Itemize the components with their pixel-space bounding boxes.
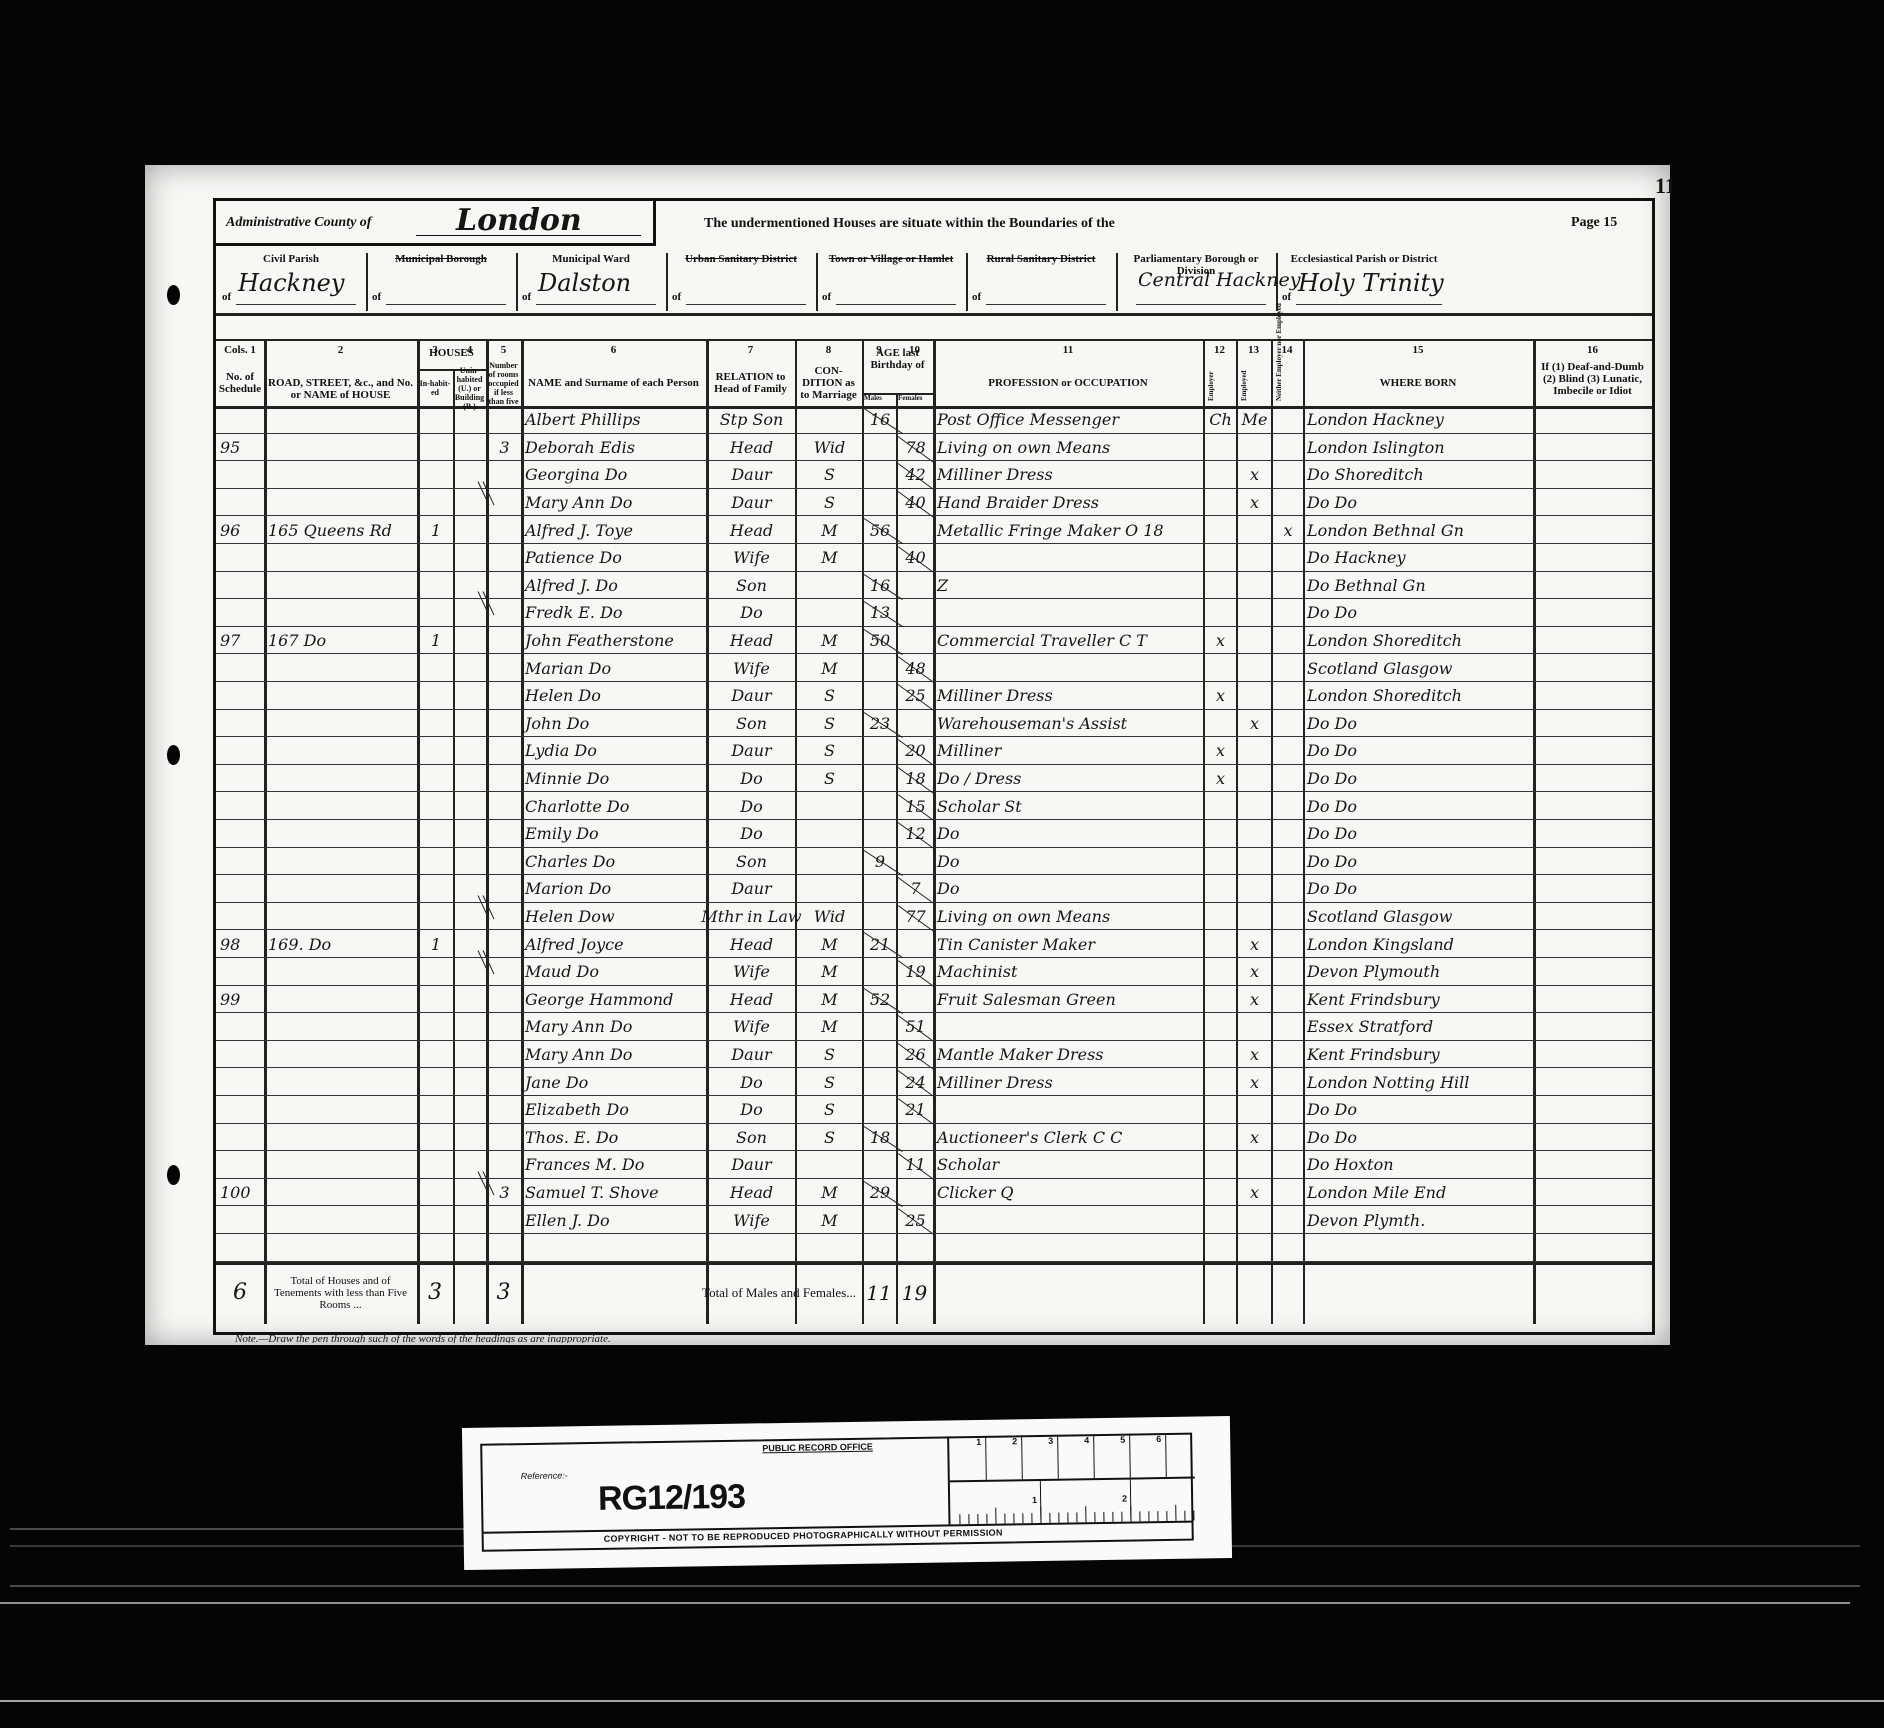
person-name: Frances M. Do: [525, 1151, 704, 1179]
where-born: London Shoreditch: [1307, 682, 1531, 710]
occupation: Clicker Q: [937, 1179, 1201, 1207]
boundary-prefix: of: [822, 291, 831, 303]
scan-streak: [0, 1602, 1850, 1604]
scale-tick: [1148, 1511, 1149, 1521]
marital-condition: S: [799, 1124, 860, 1152]
relation: Do: [710, 599, 793, 627]
employed-mark: x: [1240, 986, 1269, 1014]
table-row: Frances M. DoDaur11ScholarDo Hoxton: [216, 1151, 1652, 1179]
column-number: 11: [933, 341, 1203, 359]
employed-mark: x: [1240, 958, 1269, 986]
scale-tick: [1094, 1512, 1095, 1522]
admin-county-box: Administrative County of London: [216, 201, 656, 246]
scale-tick: [959, 1514, 960, 1524]
relation: Daur: [710, 875, 793, 903]
reference-number: RG12/193: [598, 1478, 746, 1519]
scale-tick: [1031, 1513, 1032, 1523]
where-born: Do Do: [1307, 848, 1531, 876]
reference-card-frame: PUBLIC RECORD OFFICE Reference:- RG12/19…: [480, 1433, 1194, 1552]
marital-condition: M: [799, 654, 860, 682]
relation: Head: [710, 627, 793, 655]
scale-tick: [1112, 1512, 1113, 1522]
person-name: Alfred J. Do: [525, 572, 704, 600]
where-born: Do Bethnal Gn: [1307, 572, 1531, 600]
marital-condition: S: [799, 765, 860, 793]
occupation: Post Office Messenger: [937, 406, 1201, 434]
marital-condition: M: [799, 986, 860, 1014]
where-born: Scotland Glasgow: [1307, 654, 1531, 682]
occupation: Commercial Traveller C T: [937, 627, 1201, 655]
admin-county-value: London: [456, 203, 582, 238]
person-name: Emily Do: [525, 820, 704, 848]
boundary-value: Holy Trinity: [1298, 269, 1444, 297]
column-header-c8: CON-DITION as to Marriage: [797, 361, 860, 405]
inhabited-count: 1: [421, 930, 451, 958]
column-header-c7: RELATION to Head of Family: [708, 361, 793, 405]
scale-tick: [1049, 1513, 1050, 1523]
marital-condition: M: [799, 930, 860, 958]
column-number: 5: [486, 341, 521, 359]
total-persons-label: Total of Males and Females...: [521, 1262, 856, 1324]
table-row: 96165 Queens Rd1Alfred J. ToyeHeadM56Met…: [216, 516, 1652, 544]
schedule-number: 97: [220, 627, 262, 655]
boundary-value: Hackney: [238, 269, 344, 297]
scale-label: 3: [1048, 1436, 1053, 1446]
column-number: 7: [706, 341, 795, 359]
column-header-c11: PROFESSION or OCCUPATION: [935, 361, 1201, 405]
occupation: Do: [937, 875, 1201, 903]
relation: Head: [710, 516, 793, 544]
table-row: John DoSonS23Warehouseman's AssistxDo Do: [216, 710, 1652, 738]
where-born: Do Do: [1307, 737, 1531, 765]
where-born: Do Do: [1307, 1096, 1531, 1124]
person-name: Patience Do: [525, 544, 704, 572]
employer-mark: x: [1207, 765, 1234, 793]
scale-tick: [1067, 1513, 1068, 1523]
scale-tick: [1121, 1512, 1122, 1522]
person-name: Mary Ann Do: [525, 1041, 704, 1069]
relation: Head: [710, 986, 793, 1014]
employed-mark: x: [1240, 1068, 1269, 1096]
marital-condition: S: [799, 1096, 860, 1124]
person-name: Charlotte Do: [525, 792, 704, 820]
table-row: Alfred J. DoSon16ZDo Bethnal Gn: [216, 572, 1652, 600]
where-born: Kent Frindsbury: [1307, 1041, 1531, 1069]
where-born: Do Do: [1307, 765, 1531, 793]
boundary-underline: [986, 304, 1106, 305]
table-row: 98169. Do1Alfred JoyceHeadM21Tin Caniste…: [216, 930, 1652, 958]
occupation: Living on own Means: [937, 903, 1201, 931]
address: 165 Queens Rd: [268, 516, 415, 544]
column-number: 2: [264, 341, 417, 359]
boundary-underline: [686, 304, 806, 305]
binding-hole: [167, 745, 180, 765]
schedule-number: 98: [220, 930, 262, 958]
schedule-number: 100: [220, 1179, 262, 1207]
where-born: Do Do: [1307, 820, 1531, 848]
relation: Daur: [710, 1041, 793, 1069]
column-header-c14: Neither Employer nor Employed: [1275, 361, 1283, 401]
scale-bottom-ruler: 12: [950, 1479, 1196, 1525]
neither-mark: x: [1275, 516, 1301, 544]
male-age: 56: [866, 516, 894, 544]
scale-tick: [977, 1514, 978, 1524]
relation: Daur: [710, 489, 793, 517]
marital-condition: S: [799, 1068, 860, 1096]
marital-condition: S: [799, 461, 860, 489]
column-number: 8: [795, 341, 862, 359]
scale-tick: [1022, 1513, 1023, 1523]
relation: Do: [710, 792, 793, 820]
column-header-houses: HOUSES: [417, 347, 486, 359]
where-born: London Notting Hill: [1307, 1068, 1531, 1096]
boundary-underline: [386, 304, 506, 305]
scale-tick: [1076, 1512, 1077, 1522]
scale-tick: [1193, 1511, 1194, 1521]
employed-mark: x: [1240, 489, 1269, 517]
boundary-heading: Urban Sanitary District: [666, 253, 816, 265]
person-name: Alfred Joyce: [525, 930, 704, 958]
schedule-number: 95: [220, 434, 262, 462]
page-label: Page 15: [1571, 215, 1617, 231]
employer-mark: x: [1207, 682, 1234, 710]
relation: Daur: [710, 737, 793, 765]
occupation: Tin Canister Maker: [937, 930, 1201, 958]
person-name: Lydia Do: [525, 737, 704, 765]
employed-mark: x: [1240, 461, 1269, 489]
schedule-number: 96: [220, 516, 262, 544]
boundary-heading: Municipal Ward: [516, 253, 666, 265]
marital-condition: M: [799, 1206, 860, 1234]
employer-mark: Ch: [1207, 406, 1234, 434]
column-header-c15: WHERE BORN: [1305, 361, 1531, 405]
column-header-c9: Males: [864, 394, 882, 402]
employed-mark: x: [1240, 930, 1269, 958]
table-row: 99George HammondHeadM52Fruit Salesman Gr…: [216, 986, 1652, 1014]
marital-condition: M: [799, 958, 860, 986]
census-sheet: Administrative County of London The unde…: [213, 198, 1655, 1335]
scale-tick: [1103, 1512, 1104, 1522]
occupation: Warehouseman's Assist: [937, 710, 1201, 738]
column-header-c1: No. of Schedule: [218, 363, 262, 403]
where-born: Do Shoreditch: [1307, 461, 1531, 489]
where-born: Do Hackney: [1307, 544, 1531, 572]
scale-label: 1: [1032, 1495, 1037, 1505]
census-page: 11 Administrative County of London The u…: [145, 165, 1670, 1345]
where-born: Do Do: [1307, 710, 1531, 738]
intro-text: The undermentioned Houses are situate wi…: [704, 216, 1115, 232]
scale-tick: [1166, 1511, 1167, 1521]
employed-mark: x: [1240, 1124, 1269, 1152]
occupation: Z: [937, 572, 1201, 600]
column-header-c3: In-habit-ed: [419, 371, 451, 405]
column-number: Cols. 1: [216, 341, 264, 359]
table-row: Helen DoDaurS25Milliner DressxLondon Sho…: [216, 682, 1652, 710]
person-name: Mary Ann Do: [525, 1013, 704, 1041]
scale-tick: [1157, 1511, 1158, 1521]
inhabited-count: 1: [421, 516, 451, 544]
scale-label: 4: [1084, 1435, 1089, 1445]
scale-tick: [1139, 1511, 1140, 1521]
person-name: Marian Do: [525, 654, 704, 682]
relation: Daur: [710, 461, 793, 489]
schedule-number: 99: [220, 986, 262, 1014]
binding-hole: [167, 1165, 180, 1185]
boundary-heading: Rural Sanitary District: [966, 253, 1116, 265]
table-row: 1003Samuel T. ShoveHeadM29Clicker QxLond…: [216, 1179, 1652, 1207]
table-row: Ellen J. DoWifeM25Devon Plymth.: [216, 1206, 1652, 1234]
column-number: 12: [1203, 341, 1236, 359]
relation: Head: [710, 930, 793, 958]
scan-streak: [10, 1585, 1860, 1587]
scan-streak: [10, 1528, 480, 1530]
person-name: Elizabeth Do: [525, 1096, 704, 1124]
scale-label: 2: [1012, 1436, 1017, 1446]
where-born: Essex Stratford: [1307, 1013, 1531, 1041]
boundary-underline: [1136, 304, 1266, 305]
reference-card: PUBLIC RECORD OFFICE Reference:- RG12/19…: [462, 1416, 1232, 1570]
table-row: 97167 Do1John FeatherstoneHeadM50Commerc…: [216, 627, 1652, 655]
scale-tick: [968, 1514, 969, 1524]
where-born: London Islington: [1307, 434, 1531, 462]
table-row: Thos. E. DoSonS18Auctioneer's Clerk C Cx…: [216, 1124, 1652, 1152]
column-header-c12: Employer: [1207, 361, 1215, 401]
person-name: Fredk E. Do: [525, 599, 704, 627]
occupation: Do / Dress: [937, 765, 1201, 793]
column-number: 13: [1236, 341, 1271, 359]
marital-condition: M: [799, 1179, 860, 1207]
column-number: 6: [521, 341, 706, 359]
scale-label: 5: [1120, 1435, 1125, 1445]
person-name: Deborah Edis: [525, 434, 704, 462]
person-name: Samuel T. Shove: [525, 1179, 704, 1207]
marital-condition: S: [799, 682, 860, 710]
person-name: John Featherstone: [525, 627, 704, 655]
relation: Wife: [710, 544, 793, 572]
relation: Wife: [710, 654, 793, 682]
boundary-heading: Town or Village or Hamlet: [816, 253, 966, 265]
table-row: Minnie DoDoS18Do / DressxDo Do: [216, 765, 1652, 793]
relation: Head: [710, 434, 793, 462]
where-born: London Mile End: [1307, 1179, 1531, 1207]
table-row: Albert PhillipsStp Son16Post Office Mess…: [216, 406, 1652, 434]
relation: Do: [710, 1068, 793, 1096]
marital-condition: M: [799, 544, 860, 572]
total-males: 11: [862, 1262, 896, 1324]
total-inhabited: 3: [417, 1262, 453, 1324]
column-header-c4: Unin-habited (U.) or Building (B.): [455, 371, 484, 405]
scale-label: 2: [1122, 1494, 1127, 1504]
employed-mark: x: [1240, 1041, 1269, 1069]
boundary-underline: [536, 304, 656, 305]
employed-mark: Me: [1240, 406, 1269, 434]
binding-hole: [167, 285, 180, 305]
total-rooms: 3: [486, 1262, 521, 1324]
admin-county-label: Administrative County of: [226, 215, 371, 231]
boundary-prefix: of: [672, 291, 681, 303]
occupation: Mantle Maker Dress: [937, 1041, 1201, 1069]
occupation: Scholar St: [937, 792, 1201, 820]
table-row: Mary Ann DoDaurS40Hand Braider DressxDo …: [216, 489, 1652, 517]
table-row: Jane DoDoS24Milliner DressxLondon Nottin…: [216, 1068, 1652, 1096]
scale-label: 6: [1156, 1434, 1161, 1444]
relation: Son: [710, 848, 793, 876]
occupation: Living on own Means: [937, 434, 1201, 462]
boundary-prefix: of: [1282, 291, 1291, 303]
occupation: Scholar: [937, 1151, 1201, 1179]
total-schedules: 6: [216, 1262, 264, 1324]
person-name: John Do: [525, 710, 704, 738]
occupation: Fruit Salesman Green: [937, 986, 1201, 1014]
marital-condition: Wid: [799, 903, 860, 931]
marital-condition: Wid: [799, 434, 860, 462]
marital-condition: S: [799, 737, 860, 765]
occupation: Milliner: [937, 737, 1201, 765]
occupation: Do: [937, 848, 1201, 876]
occupation: Auctioneer's Clerk C C: [937, 1124, 1201, 1152]
table-row: Charlotte DoDo15Scholar StDo Do: [216, 792, 1652, 820]
marital-condition: S: [799, 710, 860, 738]
where-born: Do Do: [1307, 489, 1531, 517]
table-row: Marian DoWifeM48Scotland Glasgow: [216, 654, 1652, 682]
table-row: Charles DoSon9DoDo Do: [216, 848, 1652, 876]
occupation: Hand Braider Dress: [937, 489, 1201, 517]
person-name: Charles Do: [525, 848, 704, 876]
table-row: Mary Ann DoDaurS26Mantle Maker DressxKen…: [216, 1041, 1652, 1069]
where-born: London Bethnal Gn: [1307, 516, 1531, 544]
where-born: Devon Plymth.: [1307, 1206, 1531, 1234]
where-born: Kent Frindsbury: [1307, 986, 1531, 1014]
occupation: Milliner Dress: [937, 682, 1201, 710]
relation: Stp Son: [710, 406, 793, 434]
total-houses-label: Total of Houses and of Tenements with le…: [270, 1262, 411, 1324]
scale-tick: [1040, 1507, 1041, 1523]
boundary-prefix: of: [372, 291, 381, 303]
column-header-c6: NAME and Surname of each Person: [523, 361, 704, 405]
table-row: Elizabeth DoDoS21Do Do: [216, 1096, 1652, 1124]
person-name: Marion Do: [525, 875, 704, 903]
record-office-label: PUBLIC RECORD OFFICE: [762, 1442, 873, 1454]
person-name: Albert Phillips: [525, 406, 704, 434]
scale-tick: [1184, 1511, 1185, 1521]
where-born: Devon Plymouth: [1307, 958, 1531, 986]
relation: Daur: [710, 682, 793, 710]
occupation: Machinist: [937, 958, 1201, 986]
table-row: [216, 1234, 1652, 1262]
relation: Do: [710, 1096, 793, 1124]
scale-tick: [1013, 1513, 1014, 1523]
marital-condition: M: [799, 627, 860, 655]
person-name: Ellen J. Do: [525, 1206, 704, 1234]
footnote: Note.—Draw the pen through such of the w…: [235, 1333, 611, 1343]
table-row: Marion DoDaur7DoDo Do: [216, 875, 1652, 903]
address: 167 Do: [268, 627, 415, 655]
where-born: London Kingsland: [1307, 930, 1531, 958]
where-born: Do Hoxton: [1307, 1151, 1531, 1179]
person-name: Jane Do: [525, 1068, 704, 1096]
marital-condition: M: [799, 1013, 860, 1041]
folio-number: 11: [1655, 173, 1676, 199]
where-born: Do Do: [1307, 792, 1531, 820]
scale-tick: [1004, 1514, 1005, 1524]
employed-mark: x: [1240, 1179, 1269, 1207]
relation: Do: [710, 820, 793, 848]
person-name: Maud Do: [525, 958, 704, 986]
person-name: Helen Dow: [525, 903, 704, 931]
where-born: London Shoreditch: [1307, 627, 1531, 655]
person-name: Thos. E. Do: [525, 1124, 704, 1152]
column-header-c10: Females: [898, 394, 923, 402]
scale-tick: [1085, 1506, 1086, 1522]
rooms-count: 3: [490, 434, 519, 462]
occupation: Milliner Dress: [937, 1068, 1201, 1096]
person-name: Mary Ann Do: [525, 489, 704, 517]
boundary-value: Dalston: [538, 269, 631, 297]
scale-tick: [1058, 1513, 1059, 1523]
boundary-prefix: of: [222, 291, 231, 303]
relation: Son: [710, 1124, 793, 1152]
scan-streak: [0, 1700, 1884, 1702]
marital-condition: M: [799, 516, 860, 544]
employed-mark: x: [1240, 710, 1269, 738]
where-born: Scotland Glasgow: [1307, 903, 1531, 931]
scale-ruler: 123456 12: [947, 1433, 1195, 1525]
reference-label: Reference:-: [521, 1470, 568, 1481]
occupation: Do: [937, 820, 1201, 848]
relation: Son: [710, 710, 793, 738]
employer-mark: x: [1207, 737, 1234, 765]
scale-tick: [1175, 1505, 1176, 1521]
employer-mark: x: [1207, 627, 1234, 655]
scale-tick: [1130, 1506, 1131, 1522]
total-females: 19: [896, 1262, 933, 1324]
boundary-underline: [1296, 304, 1442, 305]
column-number: 15: [1303, 341, 1533, 359]
scale-tick: [995, 1508, 996, 1524]
relation: Son: [710, 572, 793, 600]
occupation: Milliner Dress: [937, 461, 1201, 489]
boundary-underline: [836, 304, 956, 305]
person-name: George Hammond: [525, 986, 704, 1014]
column-header-age: AGE last Birthday of: [862, 347, 933, 371]
column-header-c13: Employed: [1240, 361, 1248, 401]
column-header-c5: Number of rooms occupied if less than fi…: [488, 361, 519, 405]
table-row: Patience DoWifeM40Do Hackney: [216, 544, 1652, 572]
where-born: Do Do: [1307, 599, 1531, 627]
occupation: Metallic Fringe Maker O 18: [937, 516, 1201, 544]
table-row: Helen DowMthr in LawWid77Living on own M…: [216, 903, 1652, 931]
relation: Mthr in Law: [710, 903, 793, 931]
male-age: 21: [866, 930, 894, 958]
where-born: London Hackney: [1307, 406, 1531, 434]
rooms-count: 3: [490, 1179, 519, 1207]
scale-label: 1: [976, 1437, 981, 1447]
inhabited-count: 1: [421, 627, 451, 655]
address: 169. Do: [268, 930, 415, 958]
table-row: Maud DoWifeM19MachinistxDevon Plymouth: [216, 958, 1652, 986]
where-born: Do Do: [1307, 875, 1531, 903]
scale-tick: [986, 1514, 987, 1524]
table-row: Georgina DoDaurS42Milliner DressxDo Shor…: [216, 461, 1652, 489]
relation: Wife: [710, 1206, 793, 1234]
boundary-heading: Ecclesiastical Parish or District: [1276, 253, 1452, 265]
person-name: Helen Do: [525, 682, 704, 710]
relation: Wife: [710, 1013, 793, 1041]
table-row: Emily DoDo12DoDo Do: [216, 820, 1652, 848]
table-row: Mary Ann DoWifeM51Essex Stratford: [216, 1013, 1652, 1041]
where-born: Do Do: [1307, 1124, 1531, 1152]
relation: Head: [710, 1179, 793, 1207]
